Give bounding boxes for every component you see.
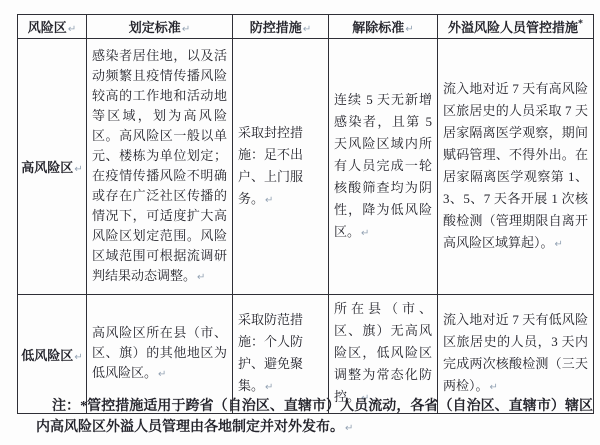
cell-high-risk-release: 连续 5 天无新增感染者，且第 5 天风险区域内所有人员完成一轮核酸筛查均为阴性… — [329, 39, 438, 295]
high-risk-zone-label: 高风险区 — [21, 160, 73, 175]
document-page: 风险区↵ 划定标准↵ 防控措施↵ 解除标准↵ 外溢风险人员管控措施* 高风险区↵… — [0, 0, 600, 445]
paragraph-mark: ↵ — [182, 24, 190, 35]
paragraph-mark: ↵ — [158, 369, 166, 380]
header-spillover: 外溢风险人员管控措施* — [438, 15, 594, 39]
paragraph-mark: ↵ — [405, 24, 413, 35]
paragraph-mark: ↵ — [490, 382, 498, 393]
high-risk-measures-text: 采取封控措施：足不出户、上门服务。 — [238, 125, 303, 206]
paragraph-mark: ↵ — [68, 24, 76, 35]
header-release-label: 解除标准 — [352, 20, 404, 35]
header-release: 解除标准↵ — [329, 15, 438, 39]
cell-high-risk-measures: 采取封控措施：足不出户、上门服务。↵ — [233, 39, 329, 295]
footnote-asterisk: * — [578, 19, 583, 30]
risk-zone-table: 风险区↵ 划定标准↵ 防控措施↵ 解除标准↵ 外溢风险人员管控措施* 高风险区↵… — [17, 14, 594, 414]
footnote-text: 注：*管控措施适用于跨省（自治区、直辖市）人员流动，各省（自治区、直辖市）辖区内… — [36, 399, 593, 435]
paragraph-mark: ↵ — [555, 239, 563, 250]
header-criteria: 划定标准↵ — [87, 15, 233, 39]
high-risk-release-text: 连续 5 天无新增感染者，且第 5 天风险区域内所有人员完成一轮核酸筛查均为阴性… — [334, 92, 432, 239]
low-risk-release-text: 所在县（市、区、旗）无高风险区，低风险区调整为常态化防控。 — [334, 301, 432, 404]
header-measures: 防控措施↵ — [233, 15, 329, 39]
paragraph-mark: ↵ — [74, 352, 82, 363]
low-risk-measures-text: 采取防范措施：个人防护、避免聚集。 — [238, 312, 303, 393]
paragraph-mark: ↵ — [265, 195, 273, 206]
header-measures-label: 防控措施 — [250, 20, 302, 35]
cell-high-risk-spillover: 流入地对近 7 天有高风险区旅居史的人员采取 7 天居家隔离医学观察，期间赋码管… — [438, 39, 594, 295]
paragraph-mark: ↵ — [265, 382, 273, 393]
low-risk-spillover-text: 流入地对近 7 天有低风险区旅居史的人员，3 天内完成两次核酸检测（三天两检）。 — [443, 312, 588, 393]
paragraph-mark: ↵ — [345, 423, 353, 434]
header-risk-zone: 风险区↵ — [18, 15, 87, 39]
header-spillover-label: 外溢风险人员管控措施 — [448, 20, 578, 35]
high-risk-criteria-text: 感染者居住地，以及活动频繁且疫情传播风险较高的工作地和活动地等区域，划为高风险区… — [92, 48, 227, 283]
paragraph-mark: ↵ — [74, 164, 82, 175]
cell-high-risk-criteria: 感染者居住地，以及活动频繁且疫情传播风险较高的工作地和活动地等区域，划为高风险区… — [87, 39, 233, 295]
header-risk-zone-label: 风险区 — [28, 20, 67, 35]
table-row-high-risk: 高风险区↵ 感染者居住地，以及活动频繁且疫情传播风险较高的工作地和活动地等区域，… — [18, 39, 594, 295]
cell-high-risk-zone: 高风险区↵ — [18, 39, 87, 295]
table-header-row: 风险区↵ 划定标准↵ 防控措施↵ 解除标准↵ 外溢风险人员管控措施* — [18, 15, 594, 39]
high-risk-spillover-text: 流入地对近 7 天有高风险区旅居史的人员采取 7 天居家隔离医学观察，期间赋码管… — [443, 81, 588, 250]
paragraph-mark: ↵ — [361, 228, 369, 239]
paragraph-mark: ↵ — [197, 272, 205, 283]
header-criteria-label: 划定标准 — [129, 20, 181, 35]
footnote: 注：*管控措施适用于跨省（自治区、直辖市）人员流动，各省（自治区、直辖市）辖区内… — [36, 396, 593, 439]
low-risk-zone-label: 低风险区 — [21, 348, 73, 363]
paragraph-mark: ↵ — [303, 24, 311, 35]
